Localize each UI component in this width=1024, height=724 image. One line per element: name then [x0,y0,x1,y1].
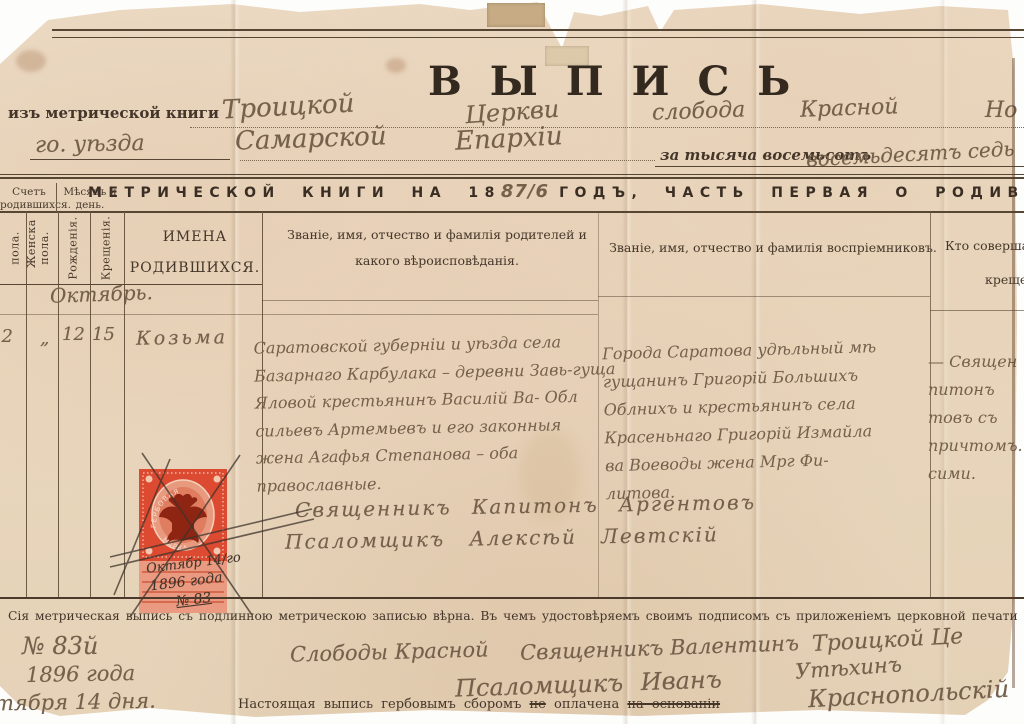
rule [30,159,230,160]
rule [655,166,1024,167]
stamp-duty-note: Настоящая выпись гербовымъ сборомъ не оп… [238,697,720,712]
top-rule [52,37,1024,38]
table-line [90,212,91,598]
note-part-a: Настоящая выпись гербовымъ сборомъ [238,697,521,712]
col-sub-baptism: Крещенія. [100,216,113,281]
col-sub-birth: Рожденія. [67,216,80,279]
hw-performer-line: причтомъ. [928,432,1024,460]
table-line [598,296,930,297]
hw-footer-year: 1896 года [26,661,136,687]
paper-edge-shadow [1012,58,1015,688]
col-header-performer2: крещен [985,272,1024,287]
section-rule [0,597,1024,599]
table-line [0,314,598,315]
band-rule [0,177,1024,179]
document-title: ВЫПИСЬ [428,58,818,105]
hw-performer-line: сими. [928,460,1024,488]
col-header-month: Мѣсяцъ и день. [58,186,122,212]
top-rule [52,29,1024,31]
band-rule [0,211,1024,213]
scanned-document: ВЫПИСЬ изъ метрической книги Троицкой Це… [0,0,1024,724]
hw-footer-number: № 83й [22,632,98,660]
certify-statement: Сія метрическая выпись съ подлинною метр… [8,609,1018,623]
band-title-left: МЕТРИЧЕСКОЙ КНИГИ НА 18 [88,185,501,201]
col-sub-female: Женска пола. [25,228,51,268]
printed-from-book: изъ метрической книги [8,104,219,122]
hw-footer-day: тября 14 дня. [0,689,156,716]
col-sub-male: пола. [9,231,22,265]
table-line [58,212,59,598]
stamp-cancellation-cross [100,445,325,630]
hw-given-name: Козьма [136,326,228,350]
col-header-account: Счетъ родившихся. [0,186,58,212]
hw-settlement: слобода [652,97,746,125]
col-header-names: ИМЕНА РОДИВШИХСЯ. [126,222,264,284]
hw-governorate: Самарской [235,121,388,156]
hw-book-year: 87/6 [501,181,549,202]
note-part-d: на основаніи [627,697,720,712]
hw-performer-line: питонъ [928,376,1024,404]
hw-performer-block: — Священ питонъ товъ съ причтомъ. сими. [928,348,1024,488]
hw-sponsors-block: Города Саратова удѣльный мѣ гущанинъ Гри… [602,332,936,509]
tape-piece [487,3,545,27]
dotted-rule [240,160,655,161]
band-title-right: ГОДЪ, ЧАСТЬ ПЕРВАЯ О РОДИВШИХСЯ. [559,185,1024,201]
hw-month: Октябрь. [50,280,154,308]
hw-birth-day: 12 [62,324,85,345]
hw-performer-line: — Священ [928,348,1024,376]
hw-performer-line: товъ съ [928,404,1024,432]
hw-eparchy: Епархіи [454,121,563,157]
table-line [930,310,1024,311]
hw-record-number: 12 [0,326,13,347]
hw-ditto-mark: „ [40,328,49,349]
note-part-b: не [530,697,546,712]
band-rule [0,174,1024,175]
table-line [262,300,598,301]
col-header-parents: Званіе, имя, отчество и фамилія родителе… [272,222,602,275]
table-line [56,183,57,212]
hw-baptism-day: 15 [92,324,115,345]
hw-uezd: го. уѣзда [35,131,145,158]
table-line [26,212,27,598]
col-header-sponsors: Званіе, имя, отчество и фамилія воспріем… [608,240,938,255]
note-part-c: оплачена [554,697,619,712]
hw-settlement-name: Красной [800,94,899,122]
